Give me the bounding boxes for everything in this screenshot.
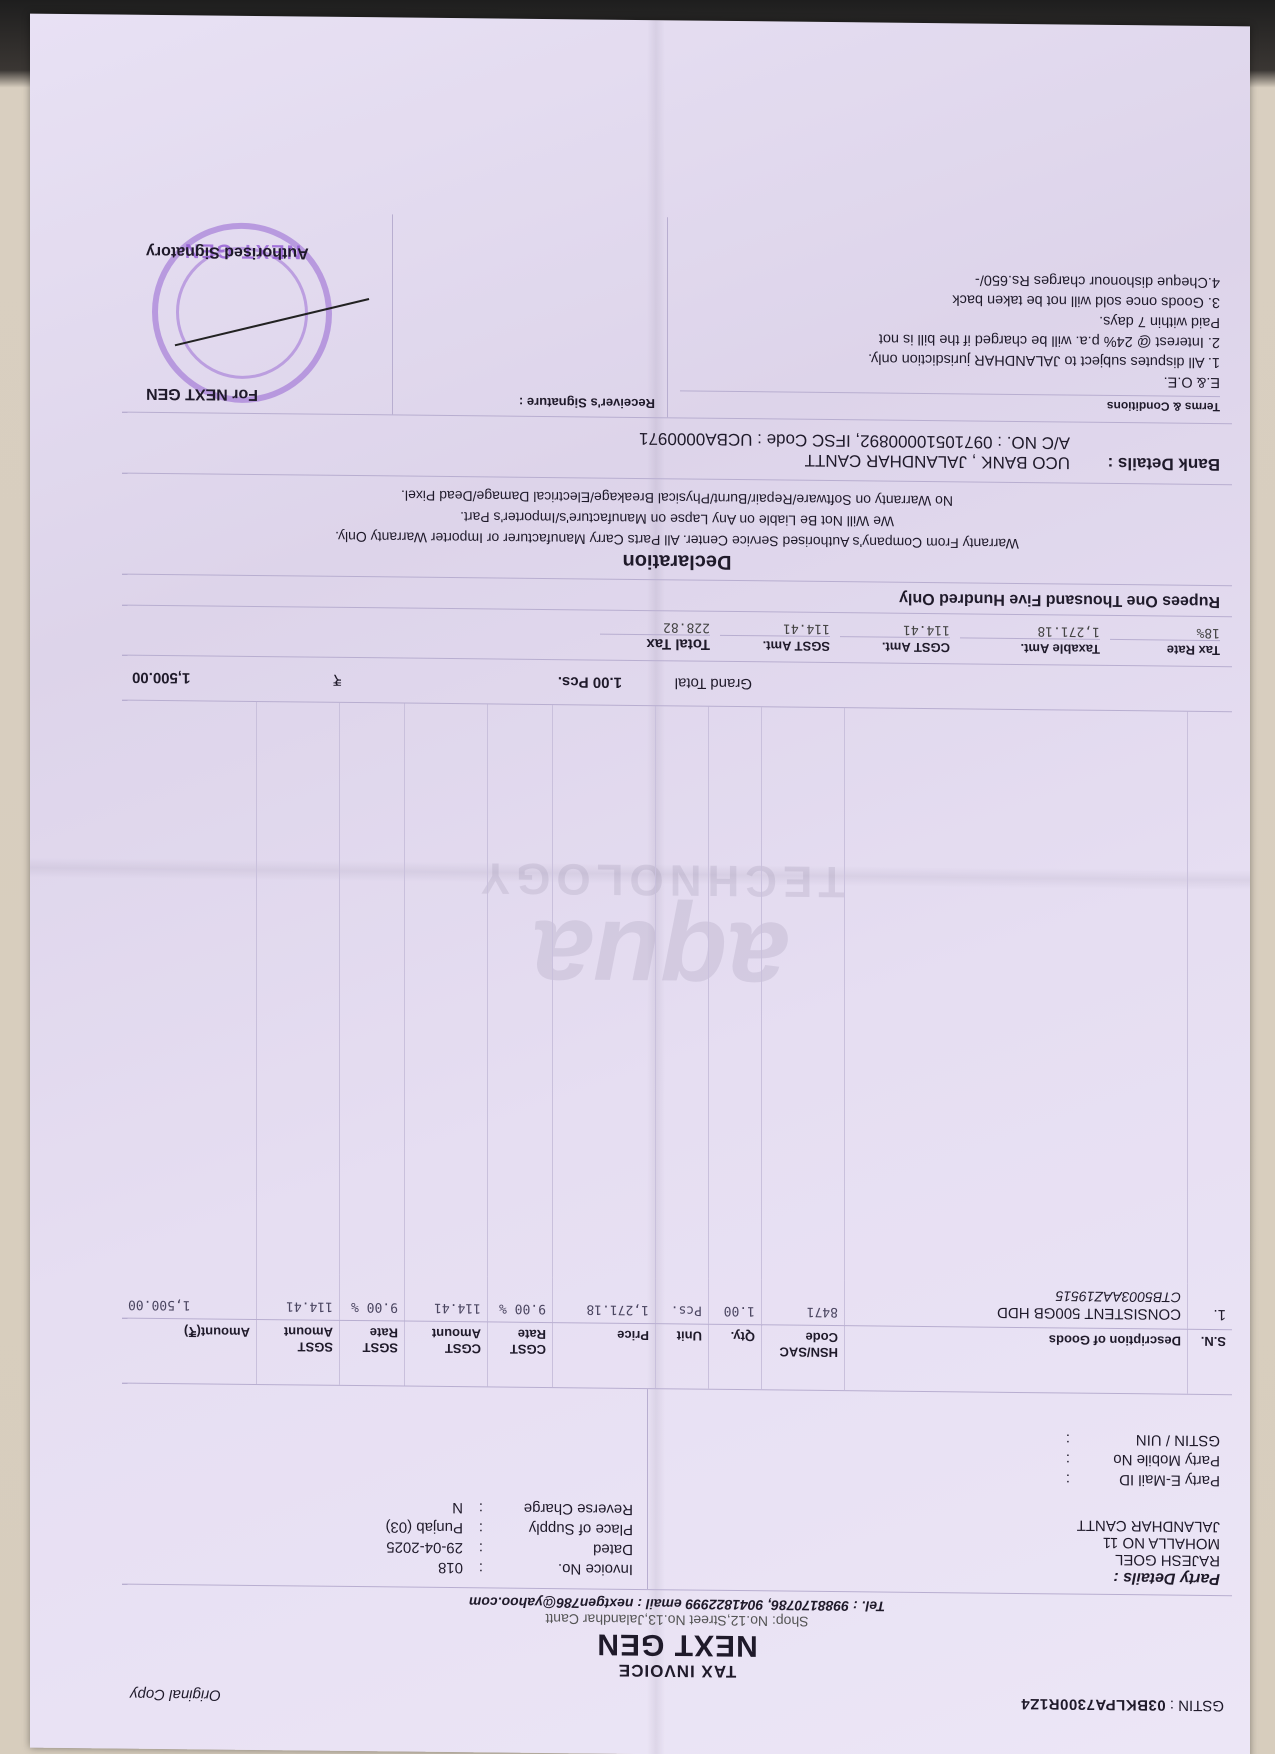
place-of-supply: Place of Supply:Punjab (03)	[385, 1516, 633, 1539]
grand-total-amount: 1,500.00	[122, 669, 242, 687]
item-serial: CTB5003AAZ19515	[851, 1286, 1181, 1305]
invoice-header: TAX INVOICE NEXT GEN Shop: No.12,Street …	[122, 1585, 1232, 1687]
bank-details: Bank Details : UCO BANK , JALANDHAR CANT…	[122, 413, 1232, 486]
seller-gstin: GSTIN : 03BKLPA7300R1Z4	[1021, 1695, 1224, 1714]
for-company-label: For NEXT GEN	[146, 384, 258, 403]
rupee-symbol: ₹	[242, 670, 342, 689]
footer-section: Terms & Conditions E.& O.E. 1. All dispu…	[122, 212, 1232, 425]
items-table: S.N. Description of Goods HSN/SAC Code Q…	[122, 701, 1232, 1395]
invoice-date: Dated:29-04-2025	[385, 1536, 633, 1559]
signature-area: Receiver's Signature : NEXT GEN For NEXT…	[122, 212, 667, 418]
copy-label: Original Copy	[130, 1686, 221, 1704]
grand-total-label: Grand Total	[622, 674, 752, 692]
terms-conditions: Terms & Conditions E.& O.E. 1. All dispu…	[667, 217, 1232, 423]
details-section: Party Details : RAJESH GOEL MOHALLA NO 1…	[122, 1383, 1232, 1597]
invoice-meta: Invoice No.:018 Dated:29-04-2025 Place o…	[371, 1386, 647, 1589]
declaration: Declaration Warranty From Company's Auth…	[122, 474, 1232, 587]
items-header-row: S.N. Description of Goods HSN/SAC Code Q…	[122, 1318, 1232, 1394]
grand-total-qty: 1.00 Pcs.	[342, 671, 622, 691]
invoice-number: Invoice No.:018	[385, 1556, 633, 1579]
authorised-signatory-label: Authorised Signatory	[146, 242, 309, 262]
reverse-charge: Reverse Charge:N	[385, 1496, 633, 1519]
invoice-page: GSTIN : 03BKLPA7300R1Z4 Original Copy TA…	[122, 212, 1232, 1727]
party-details: Party Details : RAJESH GOEL MOHALLA NO 1…	[647, 1389, 1232, 1595]
invoice-paper: aqua TECHNOLOGY GSTIN : 03BKLPA7300R1Z4 …	[30, 14, 1250, 1754]
item-description: CONSISTENT 500GB HDD CTB5003AAZ19515	[845, 1280, 1188, 1329]
authorised-signatory-box: NEXT GEN For NEXT GEN Authorised Signato…	[132, 212, 393, 415]
